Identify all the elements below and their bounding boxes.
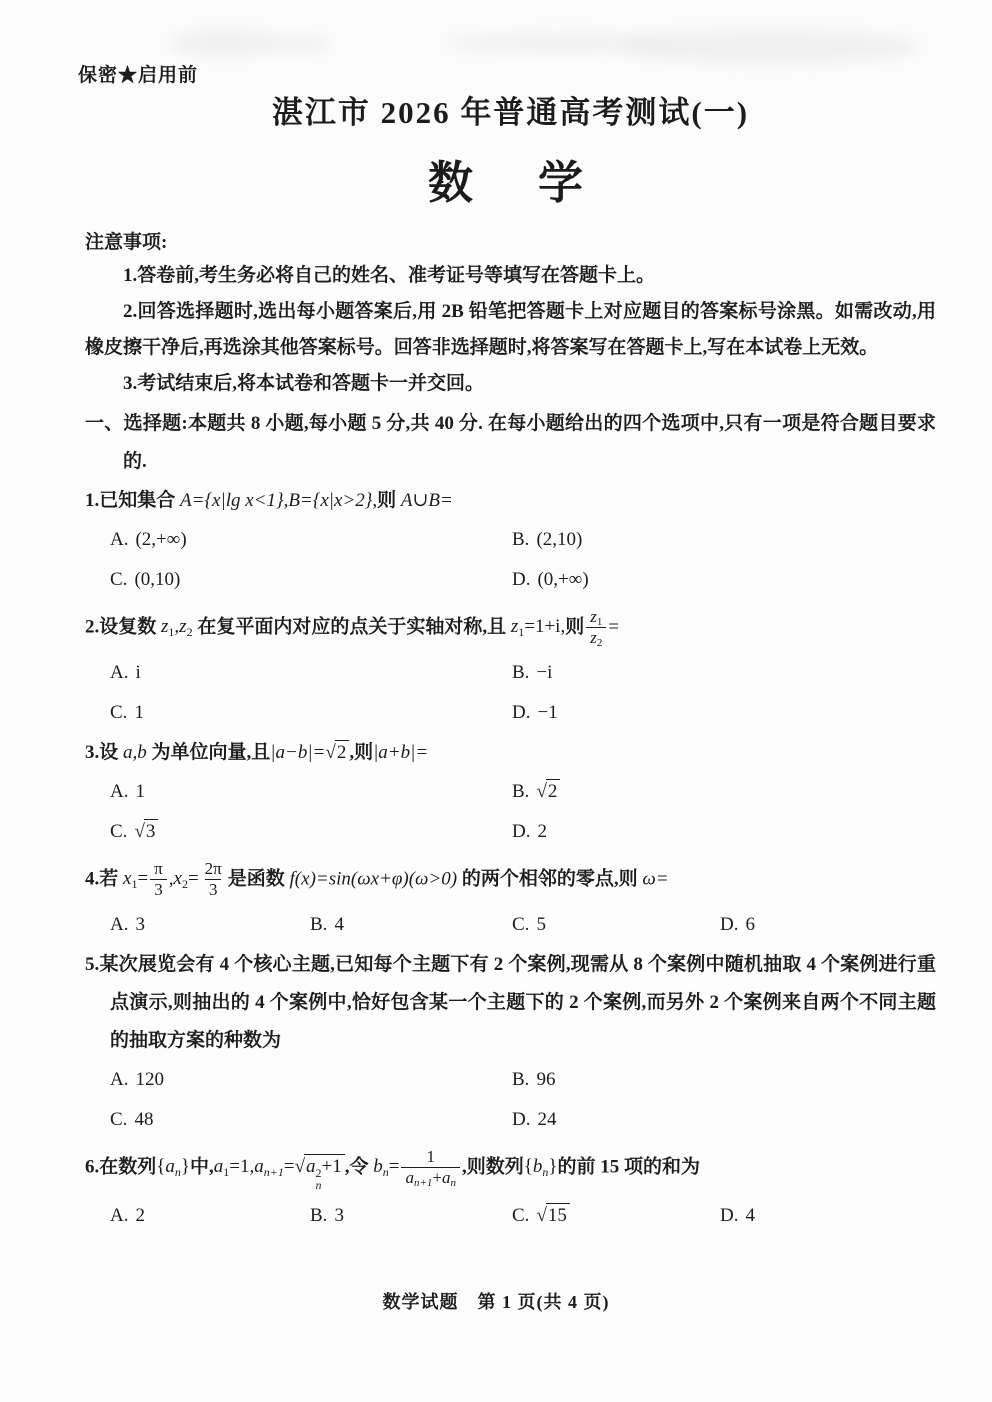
option-d: D.2 [512,812,936,852]
page-footer: 数学试题 第 1 页(共 4 页) [0,1288,992,1314]
question-4-options: A.3 B.4 C.5 D.6 [85,905,936,945]
option-c: C.√3 [110,812,512,852]
question-3-options: A.1 B.√2 C.√3 D.2 [85,772,936,852]
question-6-stem: 6.在数列{an}中,a1=1,an+1=√a2n+1,令 bn=1an+1+a… [85,1141,936,1196]
q2-text: 则 [565,616,584,637]
question-5-stem: 5.某次展览会有 4 个核心主题,已知每个主题下有 2 个案例,现需从 8 个案… [85,946,936,1060]
q1-math: A={x|lg x<1},B={x|x>2}, [180,490,377,511]
q5-text: 5.某次展览会有 4 个核心主题,已知每个主题下有 2 个案例,现需从 8 个案… [85,954,936,1051]
option-c: C.1 [110,693,512,733]
option-a: A.2 [110,1196,310,1236]
q2-text: 2.设复数 [85,616,161,637]
q6-math: bn= [373,1156,399,1177]
q4-math: ω= [642,868,668,889]
question-6-options: A.2 B.3 C.√15 D.4 [85,1196,936,1236]
q3-text: ,则 [349,742,373,763]
option-b: B.(2,10) [512,520,936,560]
q3-sqrt: √2 [325,734,349,772]
option-b: B.4 [310,905,512,945]
question-1-options: A.(2,+∞) B.(2,10) C.(0,10) D.(0,+∞) [85,520,936,600]
q4-math: x1= [123,868,148,889]
notes-heading: 注意事项: [85,228,936,258]
q2-math: z1,z2 [161,616,193,637]
q6-text: 中, [190,1156,214,1177]
option-c: C.48 [110,1100,512,1140]
q4-text: 4.若 [85,868,123,889]
option-a: A.1 [110,772,512,812]
q6-sqrt: √a2n+1 [295,1147,345,1192]
page-content: 湛江市 2026 年普通高考测试(一) 数 学 注意事项: 1.答卷前,考生务必… [85,0,936,1236]
q4-fraction-2: 2π3 [201,859,226,901]
option-a: A.3 [110,905,310,945]
section-1-heading: 一、选择题:本题共 8 小题,每小题 5 分,共 40 分. 在每小题给出的四个… [85,405,936,481]
q4-text: 是函数 [228,868,290,889]
q1-math: A∪B= [401,490,453,511]
sqrt-value: √2 [536,772,560,812]
q6-text: ,则数列 [462,1156,524,1177]
option-d: D.6 [720,905,936,945]
question-5-options: A.120 B.96 C.48 D.24 [85,1060,936,1140]
q3-math: |a+b|= [373,742,428,763]
exam-title: 湛江市 2026 年普通高考测试(一) [85,0,936,134]
option-b: B.√2 [512,772,936,812]
question-4-stem: 4.若 x1=π3,x2=2π3是函数 f(x)=sin(ωx+φ)(ω>0) … [85,853,936,905]
q4-math: x2= [174,868,199,889]
sqrt-value: √15 [536,1196,569,1236]
q6-text: 6.在数列 [85,1156,156,1177]
option-d: D.−1 [512,693,936,733]
q2-text: 在复平面内对应的点关于实轴对称,且 [193,616,511,637]
note-item-2: 2.回答选择题时,选出每小题答案后,用 2B 铅笔把答题卡上对应题目的答案标号涂… [85,294,936,366]
option-d: D.24 [512,1100,936,1140]
q6-text: 的前 15 项的和为 [558,1156,701,1177]
note-item-3: 3.考试结束后,将本试卷和答题卡一并交回。 [85,366,936,402]
q6-fraction: 1an+1+an [401,1147,460,1189]
question-3-stem: 3.设 a,b 为单位向量,且|a−b|=√2,则|a+b|= [85,734,936,772]
option-b: B.3 [310,1196,512,1236]
question-2-stem: 2.设复数 z1,z2 在复平面内对应的点关于实轴对称,且 z1=1+i,则z1… [85,601,936,653]
q3-math: |a−b|= [270,742,325,763]
q2-fraction: z1z2 [586,607,606,649]
q6-math: a1=1,an+1= [214,1156,295,1177]
option-d: D.(0,+∞) [512,560,936,600]
q3-math: a,b [123,742,147,763]
q2-math: z1=1+i, [511,616,565,637]
q6-math: {an} [156,1156,190,1177]
note-item-1: 1.答卷前,考生务必将自己的姓名、准考证号等填写在答题卡上。 [85,258,936,294]
q4-fraction-1: π3 [150,859,167,901]
q1-text: 1.已知集合 [85,490,180,511]
option-c: C.√15 [512,1196,720,1236]
q6-math: {bn} [524,1156,558,1177]
option-c: C.5 [512,905,720,945]
option-a: A.(2,+∞) [110,520,512,560]
question-1-stem: 1.已知集合 A={x|lg x<1},B={x|x>2},则 A∪B= [85,482,936,520]
subject-title: 数 学 [85,156,936,210]
option-a: A.i [110,653,512,693]
q4-text: 的两个相邻的零点,则 [457,868,642,889]
q3-text: 3.设 [85,742,123,763]
q1-text: 则 [377,490,401,511]
option-d: D.4 [720,1196,936,1236]
sqrt-value: √3 [134,812,158,852]
option-b: B.−i [512,653,936,693]
option-c: C.(0,10) [110,560,512,600]
option-b: B.96 [512,1060,936,1100]
q4-math: f(x)=sin(ωx+φ)(ω>0) [290,868,458,889]
q6-text: ,令 [345,1156,374,1177]
option-a: A.120 [110,1060,512,1100]
q2-math: = [608,616,619,637]
exam-paper-page: 保密★启用前 湛江市 2026 年普通高考测试(一) 数 学 注意事项: 1.答… [0,0,992,1402]
question-2-options: A.i B.−i C.1 D.−1 [85,653,936,733]
q3-text: 为单位向量,且 [147,742,271,763]
